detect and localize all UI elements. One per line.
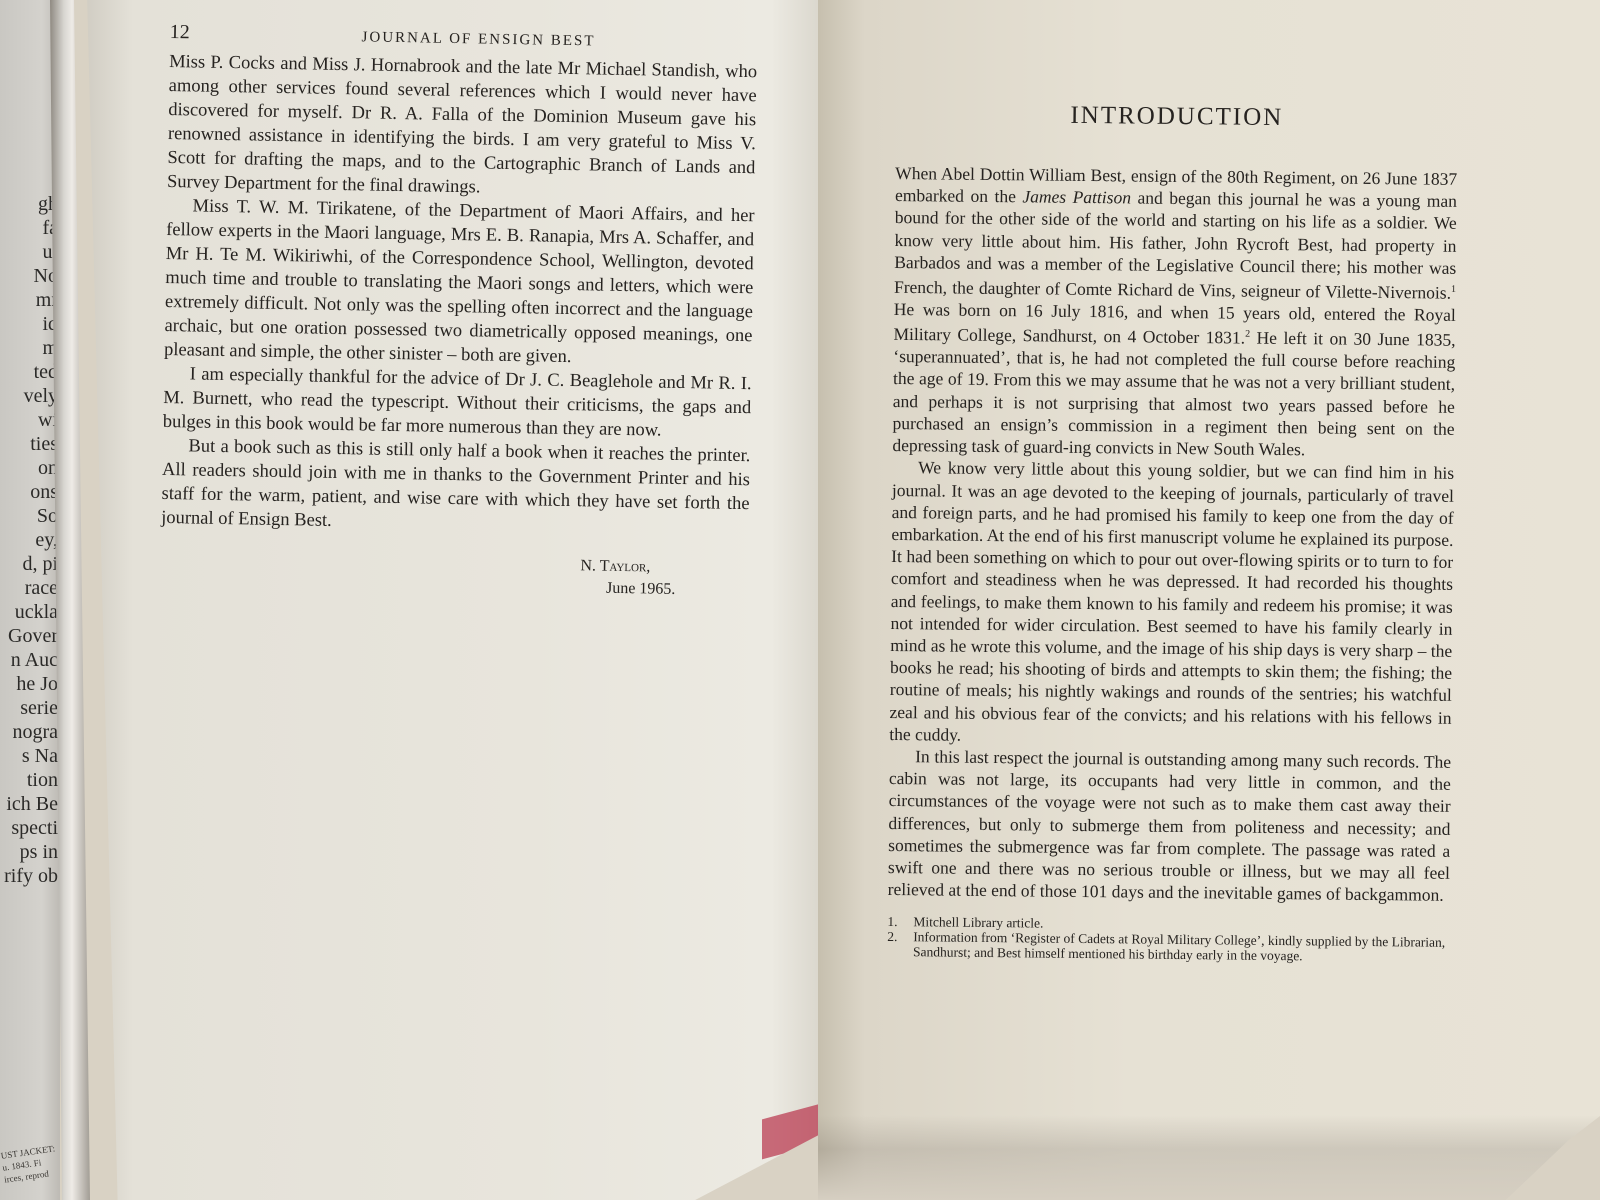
footnote-text: Information from ‘Register of Cadets at … xyxy=(913,930,1449,966)
ship-name: James Pattison xyxy=(1022,187,1131,208)
adjacent-text-fragment: serie xyxy=(20,696,58,720)
signature-name: N. Taylor, xyxy=(580,557,650,575)
paragraph: Miss P. Cocks and Miss J. Hornabrook and… xyxy=(167,50,757,204)
adjacent-text-fragment: rify ob xyxy=(4,864,58,888)
running-title: JOURNAL OF ENSIGN BEST xyxy=(361,29,595,50)
adjacent-text-fragment: specti xyxy=(11,816,58,840)
left-page: 12 JOURNAL OF ENSIGN BEST Miss P. Cocks … xyxy=(72,0,832,1200)
paragraph: When Abel Dottin William Best, ensign of… xyxy=(892,162,1457,462)
adjacent-text-fragment: d, pi xyxy=(22,552,58,576)
adjacent-book-caption-fragment: UST JACKET: u. 1843. Fi irces, reprod xyxy=(0,1142,59,1185)
page-shadow xyxy=(818,1115,1600,1200)
page-number: 12 xyxy=(169,21,289,46)
adjacent-text-fragment: vely xyxy=(24,384,58,408)
chapter-title: INTRODUCTION xyxy=(896,100,1458,134)
adjacent-text-fragment: uckla xyxy=(15,600,58,624)
footnote: 2. Information from ‘Register of Cadets … xyxy=(887,929,1449,965)
footnote-number: 2. xyxy=(887,929,913,959)
right-page-text: INTRODUCTION When Abel Dottin William Be… xyxy=(887,100,1458,965)
paragraph: But a book such as this is still only ha… xyxy=(161,434,751,540)
right-page: INTRODUCTION When Abel Dottin William Be… xyxy=(818,0,1600,1200)
paragraph: Miss T. W. M. Tirikatene, of the Departm… xyxy=(164,194,755,372)
paragraph: We know very little about this young sol… xyxy=(889,456,1454,751)
adjacent-text-fragment: So xyxy=(37,504,58,528)
footnote-number: 1. xyxy=(887,914,913,929)
adjacent-text-fragment: ons xyxy=(30,480,58,504)
adjacent-text-fragment: he Jo xyxy=(16,672,58,696)
adjacent-text-fragment: race xyxy=(25,576,58,600)
adjacent-text-fragment: tion xyxy=(27,768,58,792)
adjacent-text-fragment: nogra xyxy=(12,720,58,744)
open-book-photo: ghfaulNomridmtedvelywitiesononsSoey,d, p… xyxy=(0,0,1600,1200)
adjacent-text-fragment: ich Be xyxy=(6,792,58,816)
footnotes: 1. Mitchell Library article. 2. Informat… xyxy=(887,914,1449,965)
adjacent-text-fragment: n Auc xyxy=(11,648,58,672)
footnote-ref: 1 xyxy=(1451,284,1456,295)
adjacent-text-fragment: Gover xyxy=(8,624,58,648)
adjacent-text-fragment: ps in xyxy=(20,840,58,864)
signature: N. Taylor, June 1965. xyxy=(580,555,749,602)
text-run: He left it on 30 June 1835, ‘superannuat… xyxy=(892,328,1455,460)
adjacent-text-fragment: ties xyxy=(30,432,58,456)
adjacent-text-fragment: ey, xyxy=(35,528,58,552)
signature-date: June 1965. xyxy=(606,578,748,602)
paragraph: In this last respect the journal is outs… xyxy=(888,745,1452,906)
left-page-text: 12 JOURNAL OF ENSIGN BEST Miss P. Cocks … xyxy=(160,14,758,602)
paragraph: I am especially thankful for the advice … xyxy=(163,362,752,444)
adjacent-text-fragment: s Na xyxy=(22,744,58,768)
adjacent-book-page: ghfaulNomridmtedvelywitiesononsSoey,d, p… xyxy=(0,0,60,1200)
